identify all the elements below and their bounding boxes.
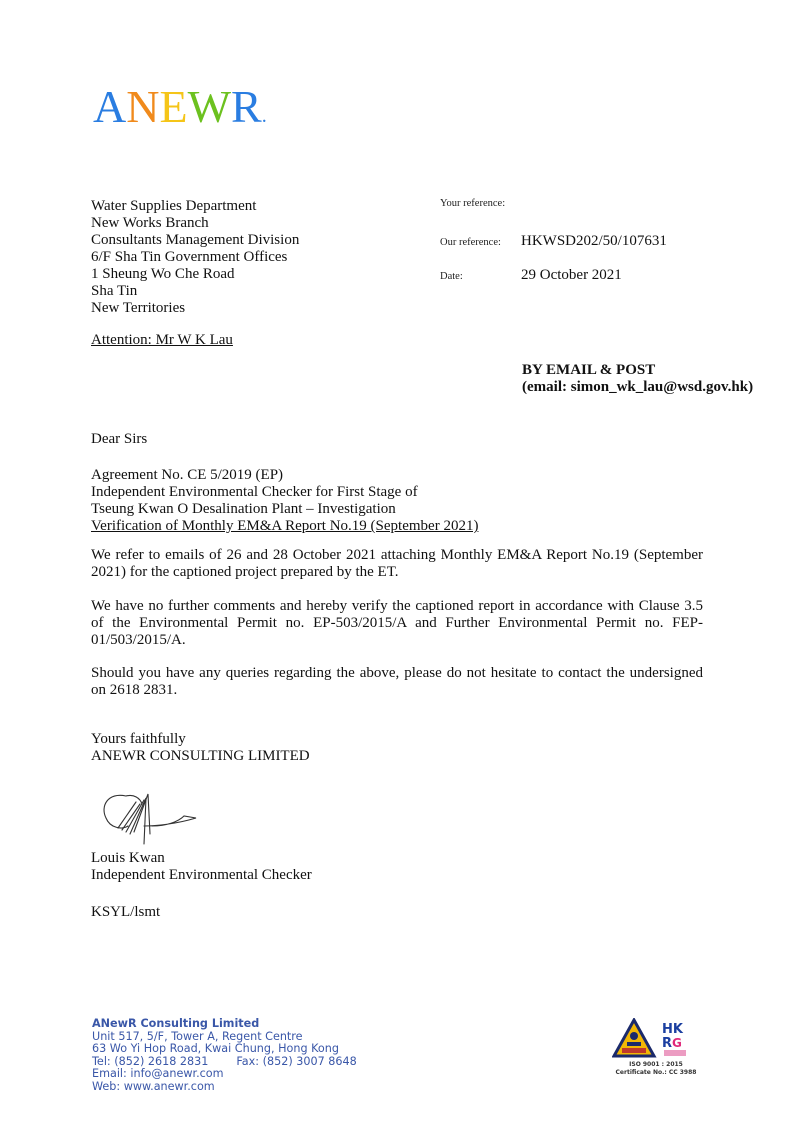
our-reference: Our reference: HKWSD202/50/107631 xyxy=(440,233,667,250)
signer-title: Independent Environmental Checker xyxy=(91,867,312,884)
svg-text:HK: HK xyxy=(662,1022,684,1037)
date-value: 29 October 2021 xyxy=(521,267,622,284)
footer-contact: ANewR Consulting Limited Unit 517, 5/F, … xyxy=(92,1018,357,1094)
footer-company: ANewR Consulting Limited xyxy=(92,1018,357,1031)
subject-block: Agreement No. CE 5/2019 (EP) Independent… xyxy=(91,467,478,535)
address-line: 1 Sheung Wo Che Road xyxy=(91,266,299,283)
footer-fax: Fax: (852) 3007 8648 xyxy=(236,1055,356,1068)
paragraph-text: We have no further comments and hereby v… xyxy=(91,598,703,649)
your-reference: Your reference: xyxy=(440,198,521,209)
recipient-address: Water Supplies Department New Works Bran… xyxy=(91,198,299,317)
our-reference-label: Our reference: xyxy=(440,237,521,248)
logo-letter-a: A xyxy=(93,84,126,130)
subject-title: Verification of Monthly EM&A Report No.1… xyxy=(91,518,478,535)
iso-standard: ISO 9001 : 2015 xyxy=(606,1061,706,1069)
certification-caption: ISO 9001 : 2015 Certificate No.: CC 3988 xyxy=(606,1061,706,1077)
svg-text:R: R xyxy=(662,1036,672,1051)
logo-letter-n: N xyxy=(126,84,159,130)
certification-triangle-icon xyxy=(614,1020,654,1056)
your-reference-label: Your reference: xyxy=(440,198,521,209)
hkq-badge-icon: HK R G xyxy=(662,1022,686,1056)
svg-text:G: G xyxy=(672,1036,682,1050)
footer-web: Web: www.anewr.com xyxy=(92,1081,357,1094)
signer-block: Louis Kwan Independent Environmental Che… xyxy=(91,850,312,884)
closing-company: ANEWR CONSULTING LIMITED xyxy=(91,748,310,765)
certificate-number: Certificate No.: CC 3988 xyxy=(606,1069,706,1077)
letter-date: Date: 29 October 2021 xyxy=(440,267,622,284)
certification-logos: HK R G xyxy=(612,1018,712,1065)
body-paragraph-3: Should you have any queries regarding th… xyxy=(91,665,703,699)
paragraph-text: Should you have any queries regarding th… xyxy=(91,665,703,699)
date-label: Date: xyxy=(440,271,521,282)
company-logo: ANEWR. xyxy=(93,84,267,139)
attention-line: Attention: Mr W K Lau xyxy=(91,332,233,349)
logo-dot: . xyxy=(262,93,267,139)
delivery-method: BY EMAIL & POST (email: simon_wk_lau@wsd… xyxy=(522,362,753,396)
footer-tel: Tel: (852) 2618 2831 xyxy=(92,1055,208,1068)
logo-letter-r: R xyxy=(231,84,262,130)
reference-initials: KSYL/lsmt xyxy=(91,904,160,921)
address-line: New Territories xyxy=(91,300,299,317)
subject-line: Independent Environmental Checker for Fi… xyxy=(91,484,478,501)
our-reference-value: HKWSD202/50/107631 xyxy=(521,233,667,250)
address-line: New Works Branch xyxy=(91,215,299,232)
signature-image xyxy=(96,786,206,856)
subject-line: Tseung Kwan O Desalination Plant – Inves… xyxy=(91,501,478,518)
paragraph-text: We refer to emails of 26 and 28 October … xyxy=(91,547,703,581)
address-line: Consultants Management Division xyxy=(91,232,299,249)
body-paragraph-2: We have no further comments and hereby v… xyxy=(91,598,703,649)
address-line: 6/F Sha Tin Government Offices xyxy=(91,249,299,266)
salutation: Dear Sirs xyxy=(91,431,147,448)
logo-letter-w: W xyxy=(188,84,231,130)
recipient-email: (email: simon_wk_lau@wsd.gov.hk) xyxy=(522,379,753,396)
logo-letter-e: E xyxy=(159,84,187,130)
address-line: Sha Tin xyxy=(91,283,299,300)
delivery-method-text: BY EMAIL & POST xyxy=(522,362,753,379)
closing-block: Yours faithfully ANEWR CONSULTING LIMITE… xyxy=(91,731,310,765)
valediction: Yours faithfully xyxy=(91,731,310,748)
body-paragraph-1: We refer to emails of 26 and 28 October … xyxy=(91,547,703,581)
address-line: Water Supplies Department xyxy=(91,198,299,215)
subject-line: Agreement No. CE 5/2019 (EP) xyxy=(91,467,478,484)
signer-name: Louis Kwan xyxy=(91,850,312,867)
